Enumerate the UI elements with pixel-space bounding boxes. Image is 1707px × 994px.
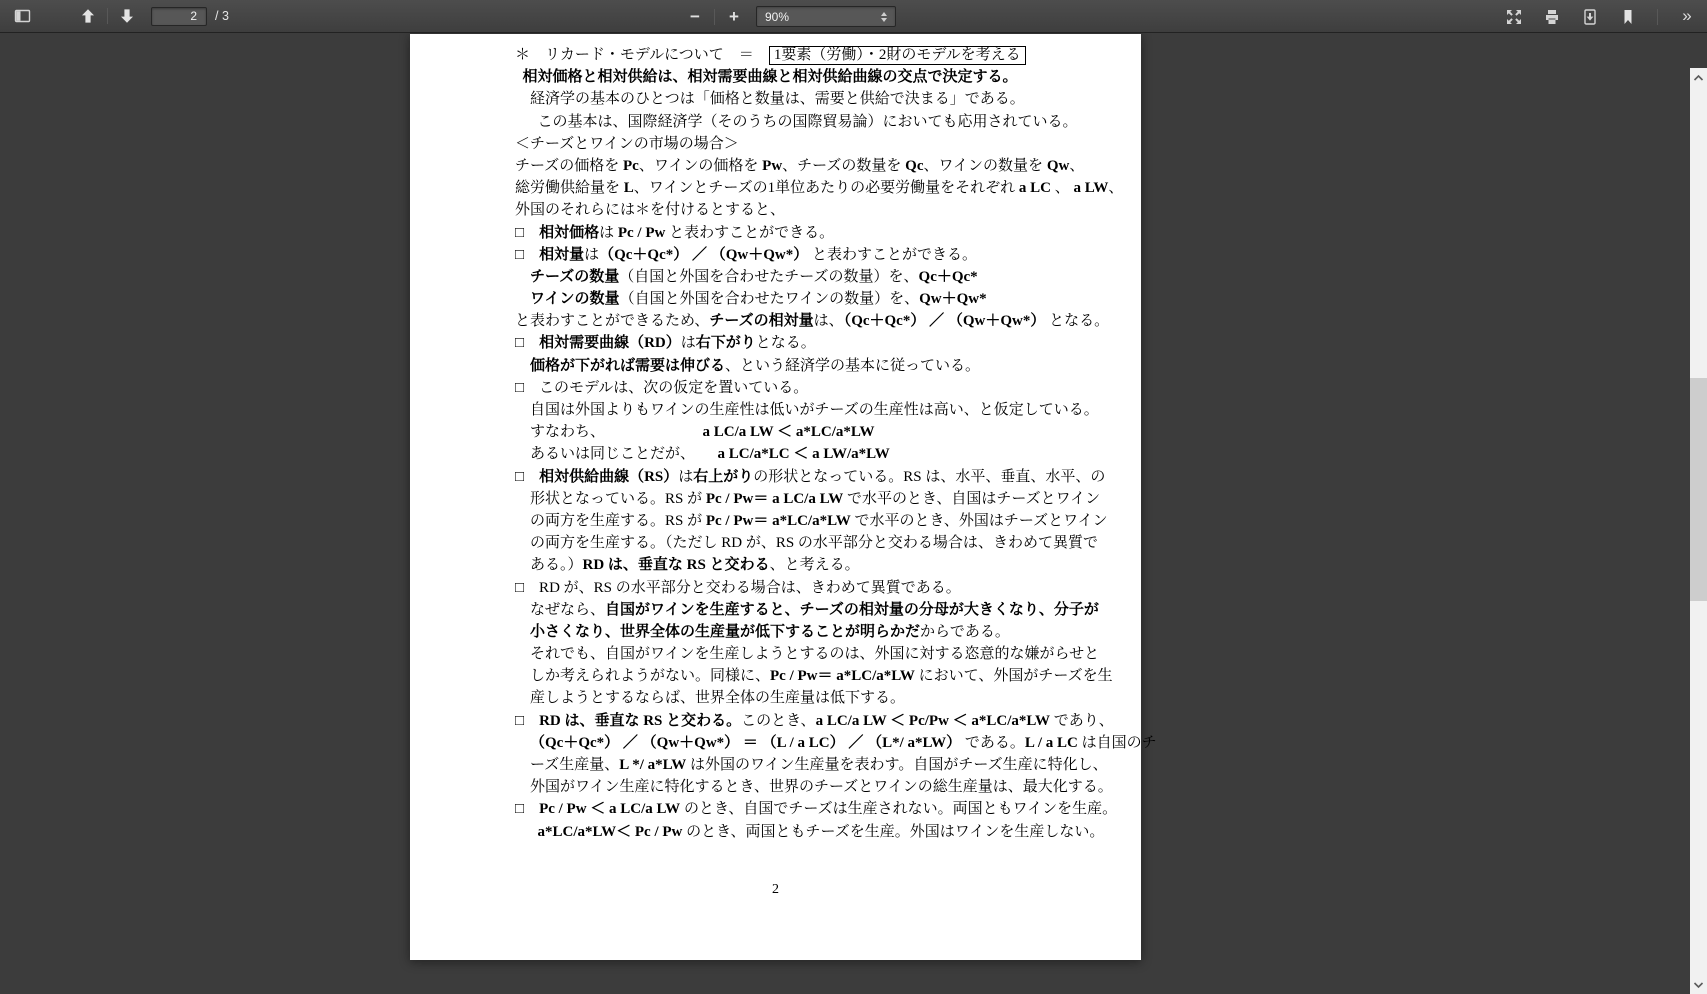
zoom-level-value: 90% — [765, 10, 789, 24]
page-count-label: / 3 — [215, 9, 229, 23]
doc-text-segment: ＊ リカード・モデルについて ＝ — [515, 47, 769, 63]
arrow-up-icon — [80, 8, 96, 24]
download-icon — [1582, 9, 1598, 25]
doc-text-segment: 相対供給曲線（RS） — [539, 469, 678, 485]
doc-text-segment: （自国と外国を合わせたワインの数量）を、 — [620, 291, 920, 307]
doc-text-segment: □ — [515, 469, 539, 485]
doc-text-segment: ＜チーズとワインの市場の場合＞ — [515, 136, 739, 152]
boxed-heading: 1要素（労働）・2財のモデルを考える — [769, 46, 1026, 65]
toolbar-center-group: − + 90% — [681, 0, 896, 33]
doc-line: しか考えられようがない。同様に、Pc / Pw＝ a*LC/a*LW において、… — [515, 665, 1075, 687]
minus-icon: − — [690, 8, 700, 25]
pdf-viewer-area: ＊ リカード・モデルについて ＝ 1要素（労働）・2財のモデルを考える相対価格と… — [0, 34, 1707, 960]
doc-line: あるいは同じことだが、 a LC/a*LC ＜ a LW/a*LW — [515, 443, 1075, 465]
doc-line: 外国がワイン生産に特化するとき、世界のチーズとワインの総生産量は、最大化する。 — [515, 776, 1075, 798]
doc-line: 総労働供給量を L、ワインとチーズの1単位あたりの必要労働量をそれぞれ a LC… — [515, 177, 1075, 199]
doc-text-segment: 相対需要曲線（RD） — [539, 335, 681, 351]
doc-line: 外国のそれらには＊を付けるとすると、 — [515, 199, 1075, 221]
doc-line: ワインの数量（自国と外国を合わせたワインの数量）を、Qw＋Qw* — [515, 288, 1075, 310]
doc-line: と表わすことができるため、チーズの相対量は、（Qc＋Qc*） ／ （Qw＋Qw*… — [515, 310, 1075, 332]
doc-line: チーズの数量（自国と外国を合わせたチーズの数量）を、Qc＋Qc* — [515, 266, 1075, 288]
toolbar-separator — [107, 8, 108, 24]
doc-text-segment: の形状となっている。RS は、水平、垂直、水平、の — [753, 469, 1105, 485]
doc-text-segment: は外国のワイン生産量を表わす。自国がチーズ生産に特化し、 — [686, 757, 1107, 773]
doc-text-segment: Qw＋Qw* — [919, 291, 987, 307]
doc-text-segment: となる。 — [756, 335, 816, 351]
doc-line: 経済学の基本のひとつは「価格と数量は、需要と供給で決まる」である。 — [515, 88, 1075, 110]
doc-text-segment: と表わすことができる。 — [808, 247, 977, 263]
select-spinner-icon — [881, 12, 887, 22]
doc-text-segment: 、チーズの数量を — [782, 158, 905, 174]
doc-text-segment: 外国がワイン生産に特化するとき、世界のチーズとワインの総生産量は、最大化する。 — [530, 779, 1113, 795]
doc-text-segment: Pc / Pw＝ a*LC/a*LW — [706, 513, 851, 529]
bookmark-button[interactable] — [1614, 4, 1642, 29]
doc-text-segment: 自国は外国よりもワインの生産性は低いがチーズの生産性は高い、と仮定している。 — [530, 402, 1099, 418]
print-button[interactable] — [1538, 4, 1566, 29]
doc-text-segment: 、ワインとチーズの1単位あたりの必要労働量をそれぞれ — [634, 180, 1019, 196]
doc-line: この基本は、国際経済学（そのうちの国際貿易論）においても応用されている。 — [515, 111, 1075, 133]
doc-text-segment: チーズの相対量 — [709, 313, 813, 329]
doc-text-segment: □ RD が、RS の水平部分と交わる場合は、きわめて異質である。 — [515, 580, 961, 596]
doc-text-segment: L — [624, 180, 634, 196]
page-number-input[interactable] — [151, 7, 207, 26]
doc-line: □ RD が、RS の水平部分と交わる場合は、きわめて異質である。 — [515, 577, 1075, 599]
doc-text-segment: 形状となっている。RS が — [530, 491, 706, 507]
doc-text-segment: は — [584, 247, 599, 263]
next-page-button[interactable] — [113, 4, 141, 29]
doc-text-segment: の両方を生産する。RS が — [530, 513, 706, 529]
scrollbar-thumb[interactable] — [1690, 378, 1707, 601]
doc-text-segment: あるいは同じことだが、 — [530, 446, 718, 462]
toolbar-separator — [1657, 9, 1658, 25]
doc-text-segment: □ — [515, 247, 539, 263]
sidebar-toggle-icon — [14, 8, 31, 24]
doc-text-segment: （Qc＋Qc*） ／ （Qw＋Qw*） ＝ （L / a LC） ／ （L*/ … — [530, 735, 961, 751]
doc-line: □ 相対需要曲線（RD）は右下がりとなる。 — [515, 332, 1075, 354]
doc-text-segment: において、外国がチーズを生 — [915, 668, 1113, 684]
vertical-scrollbar[interactable] — [1690, 68, 1707, 960]
doc-text-segment: 自国がワインを生産すると、チーズの相対量の分母が大きくなり、分子が — [605, 602, 1099, 618]
zoom-level-select[interactable]: 90% — [756, 6, 896, 27]
doc-text-segment: Pc / Pw＝ a*LC/a*LW — [770, 668, 915, 684]
doc-text-segment: である。 — [961, 735, 1025, 751]
doc-line: ＜チーズとワインの市場の場合＞ — [515, 133, 1075, 155]
doc-line: すなわち、 a LC/a LW ＜ a*LC/a*LW — [515, 421, 1075, 443]
doc-text-segment: からである。 — [920, 624, 1010, 640]
toolbar-left-group: / 3 — [0, 0, 229, 32]
doc-text-segment: 、ワインの数量を — [924, 158, 1047, 174]
doc-text-segment: Qc＋Qc* — [919, 269, 978, 285]
doc-text-segment: 、ワインの価格を — [639, 158, 762, 174]
doc-text-segment: L / a LC — [1025, 735, 1078, 751]
doc-text-segment: □ — [515, 801, 539, 817]
doc-text-segment: は自国のチ — [1078, 735, 1157, 751]
doc-text-segment: 相対量 — [539, 247, 584, 263]
doc-line: □ 相対価格は Pc / Pw と表わすことができる。 — [515, 222, 1075, 244]
doc-text-segment: しか考えられようがない。同様に、 — [530, 668, 770, 684]
doc-line: ある。）RD は、垂直な RS と交わる、と考える。 — [515, 554, 1075, 576]
doc-text-segment: （Qc＋Qc*） ／ （Qw＋Qw*） — [599, 247, 808, 263]
doc-text-segment: このとき、 — [741, 713, 815, 729]
doc-text-segment: のとき、両国ともチーズを生産。外国はワインを生産しない。 — [682, 824, 1104, 840]
doc-text-segment: a LC/a LW ＜ a*LC/a*LW — [703, 424, 875, 440]
doc-text-segment: は — [681, 335, 696, 351]
doc-text-segment: すなわち、 — [530, 424, 703, 440]
doc-text-segment: L */ a*LW — [619, 757, 686, 773]
doc-line: 価格が下がれば需要は伸びる、という経済学の基本に従っている。 — [515, 355, 1075, 377]
doc-text-segment: 、という経済学の基本に従っている。 — [725, 358, 980, 374]
doc-text-segment: ある。） — [530, 557, 583, 573]
doc-line: 自国は外国よりもワインの生産性は低いがチーズの生産性は高い、と仮定している。 — [515, 399, 1075, 421]
doc-text-segment: であり、 — [1050, 713, 1114, 729]
doc-text-segment: の両方を生産する。（ただし RD が、RS の水平部分と交わる場合は、きわめて異… — [530, 535, 1098, 551]
printer-icon — [1544, 9, 1560, 25]
doc-text-segment: チーズの価格を — [515, 158, 623, 174]
zoom-in-button[interactable]: + — [720, 4, 748, 29]
doc-text-segment: で水平のとき、外国はチーズとワイン — [851, 513, 1108, 529]
doc-line: □ 相対供給曲線（RS）は右上がりの形状となっている。RS は、水平、垂直、水平… — [515, 466, 1075, 488]
doc-line: 産しようとするならば、世界全体の生産量は低下する。 — [515, 687, 1075, 709]
bookmark-icon — [1620, 9, 1636, 25]
doc-text-segment: a LC/a*LC ＜ a LW/a*LW — [718, 446, 890, 462]
doc-text-segment: 相対価格と相対供給は、相対需要曲線と相対供給曲線の交点で決定する。 — [523, 69, 1018, 85]
plus-icon: + — [729, 8, 739, 25]
doc-line: の両方を生産する。RS が Pc / Pw＝ a*LC/a*LW で水平のとき、… — [515, 510, 1075, 532]
doc-text-segment: と表わすことができるため、 — [515, 313, 709, 329]
doc-text-segment: （Qc＋Qc*） ／ （Qw＋Qw*） — [844, 313, 1046, 329]
doc-text-segment: 、と考える。 — [770, 557, 860, 573]
doc-text-segment: a LC/a LW ＜ Pc/Pw ＜ a*LC/a*LW — [816, 713, 1050, 729]
doc-line: チーズの価格を Pc、ワインの価格を Pw、チーズの数量を Qc、ワインの数量を… — [515, 155, 1075, 177]
previous-page-button[interactable] — [74, 4, 102, 29]
doc-text-segment: Pc / Pw — [618, 225, 665, 241]
doc-text-segment: は — [678, 469, 693, 485]
arrow-down-icon — [119, 8, 135, 24]
doc-text-segment: 外国のそれらには＊を付けるとすると、 — [515, 202, 785, 218]
doc-line: なぜなら、自国がワインを生産すると、チーズの相対量の分母が大きくなり、分子が — [515, 599, 1075, 621]
doc-text-segment: Pc / Pw ＜ a LC/a LW — [539, 801, 680, 817]
doc-text-segment: ーズ生産量、 — [530, 757, 619, 773]
doc-text-segment: Pc — [623, 158, 639, 174]
doc-text-segment: この基本は、国際経済学（そのうちの国際貿易論）においても応用されている。 — [538, 114, 1078, 130]
fullscreen-icon — [1506, 9, 1522, 25]
doc-text-segment: 小さくなり、世界全体の生産量が低下することが明らかだ — [530, 624, 920, 640]
doc-text-segment: a LC — [1019, 180, 1051, 196]
chevron-up-icon — [1692, 73, 1705, 83]
doc-text-segment: チーズの数量 — [530, 269, 619, 285]
doc-text-segment: となる。 — [1045, 313, 1109, 329]
doc-text-segment: 、 — [1069, 158, 1084, 174]
doc-text-segment: で水平のとき、自国はチーズとワイン — [843, 491, 1100, 507]
doc-text-segment: Pw — [762, 158, 782, 174]
doc-line: □ RD は、垂直な RS と交わる。このとき、a LC/a LW ＜ Pc/P… — [515, 710, 1075, 732]
document-lines: ＊ リカード・モデルについて ＝ 1要素（労働）・2財のモデルを考える相対価格と… — [515, 44, 1075, 843]
doc-line: それでも、自国がワインを生産しようとするのは、外国に対する恣意的な嫌がらせと — [515, 643, 1075, 665]
doc-text-segment: 総労働供給量を — [515, 180, 624, 196]
doc-line: 形状となっている。RS が Pc / Pw＝ a LC/a LW で水平のとき、… — [515, 488, 1075, 510]
doc-text-segment: 価格が下がれば需要は伸びる — [530, 358, 725, 374]
double-chevron-icon: » — [1682, 7, 1691, 26]
doc-text-segment: のとき、自国でチーズは生産されない。両国ともワインを生産。 — [680, 801, 1117, 817]
doc-line: □ 相対量は（Qc＋Qc*） ／ （Qw＋Qw*） と表わすことができる。 — [515, 244, 1075, 266]
doc-text-segment: Qc — [905, 158, 923, 174]
toolbar-more-tools-button[interactable]: » — [1673, 4, 1701, 29]
doc-text-segment: 右上がり — [693, 469, 753, 485]
doc-text-segment: □ このモデルは、次の仮定を置いている。 — [515, 380, 808, 396]
doc-text-segment: （自国と外国を合わせたチーズの数量）を、 — [619, 269, 918, 285]
doc-line: □ Pc / Pw ＜ a LC/a LW のとき、自国でチーズは生産されない。… — [515, 798, 1075, 820]
doc-text-segment: なぜなら、 — [530, 602, 605, 618]
doc-line: ＊ リカード・モデルについて ＝ 1要素（労働）・2財のモデルを考える — [515, 44, 1075, 66]
zoom-out-button[interactable]: − — [681, 4, 709, 29]
doc-text-segment: □ — [515, 713, 539, 729]
download-button[interactable] — [1576, 4, 1604, 29]
page-footer-number: 2 — [410, 882, 1141, 898]
doc-line: □ このモデルは、次の仮定を置いている。 — [515, 377, 1075, 399]
sidebar-toggle-button[interactable] — [8, 4, 36, 29]
doc-text-segment: Qw — [1047, 158, 1070, 174]
doc-text-segment: 右下がり — [696, 335, 756, 351]
doc-text-segment: RD は、垂直な RS と交わる — [583, 557, 770, 573]
doc-text-segment: 相対価格 — [539, 225, 599, 241]
pdf-toolbar: / 3 − + 90% — [0, 0, 1707, 33]
doc-text-segment: 、 — [1051, 180, 1074, 196]
toolbar-separator — [714, 9, 715, 25]
doc-text-segment: □ — [515, 225, 539, 241]
doc-text-segment: と表わすことができる。 — [665, 225, 834, 241]
toolbar-right-group: » — [1500, 0, 1701, 33]
doc-text-segment: 経済学の基本のひとつは「価格と数量は、需要と供給で決まる」である。 — [530, 91, 1025, 107]
doc-text-segment: □ — [515, 335, 539, 351]
doc-text-segment: 産しようとするならば、世界全体の生産量は低下する。 — [530, 690, 905, 706]
doc-line: 小さくなり、世界全体の生産量が低下することが明らかだからである。 — [515, 621, 1075, 643]
doc-line: ーズ生産量、L */ a*LW は外国のワイン生産量を表わす。自国がチーズ生産に… — [515, 754, 1075, 776]
doc-text-segment: は — [599, 225, 618, 241]
doc-text-segment: Pc / Pw＝ a LC/a LW — [706, 491, 843, 507]
document-page: ＊ リカード・モデルについて ＝ 1要素（労働）・2財のモデルを考える相対価格と… — [410, 34, 1141, 960]
doc-line: （Qc＋Qc*） ／ （Qw＋Qw*） ＝ （L / a LC） ／ （L*/ … — [515, 732, 1075, 754]
doc-text-segment: 、 — [1108, 180, 1123, 196]
doc-line: の両方を生産する。（ただし RD が、RS の水平部分と交わる場合は、きわめて異… — [515, 532, 1075, 554]
doc-text-segment: RD は、垂直な RS と交わる。 — [539, 713, 741, 729]
doc-text-segment: それでも、自国がワインを生産しようとするのは、外国に対する恣意的な嫌がらせと — [530, 646, 1099, 662]
doc-line: 相対価格と相対供給は、相対需要曲線と相対供給曲線の交点で決定する。 — [515, 66, 1075, 88]
doc-text-segment: ワインの数量 — [530, 291, 620, 307]
doc-text-segment: は、 — [814, 313, 844, 329]
doc-text-segment: a LW — [1073, 180, 1108, 196]
doc-text-segment: a*LC/a*LW＜ Pc / Pw — [538, 824, 683, 840]
doc-line: a*LC/a*LW＜ Pc / Pw のとき、両国ともチーズを生産。外国はワイン… — [515, 821, 1075, 843]
presentation-mode-button[interactable] — [1500, 4, 1528, 29]
scrollbar-up-button[interactable] — [1690, 70, 1707, 85]
